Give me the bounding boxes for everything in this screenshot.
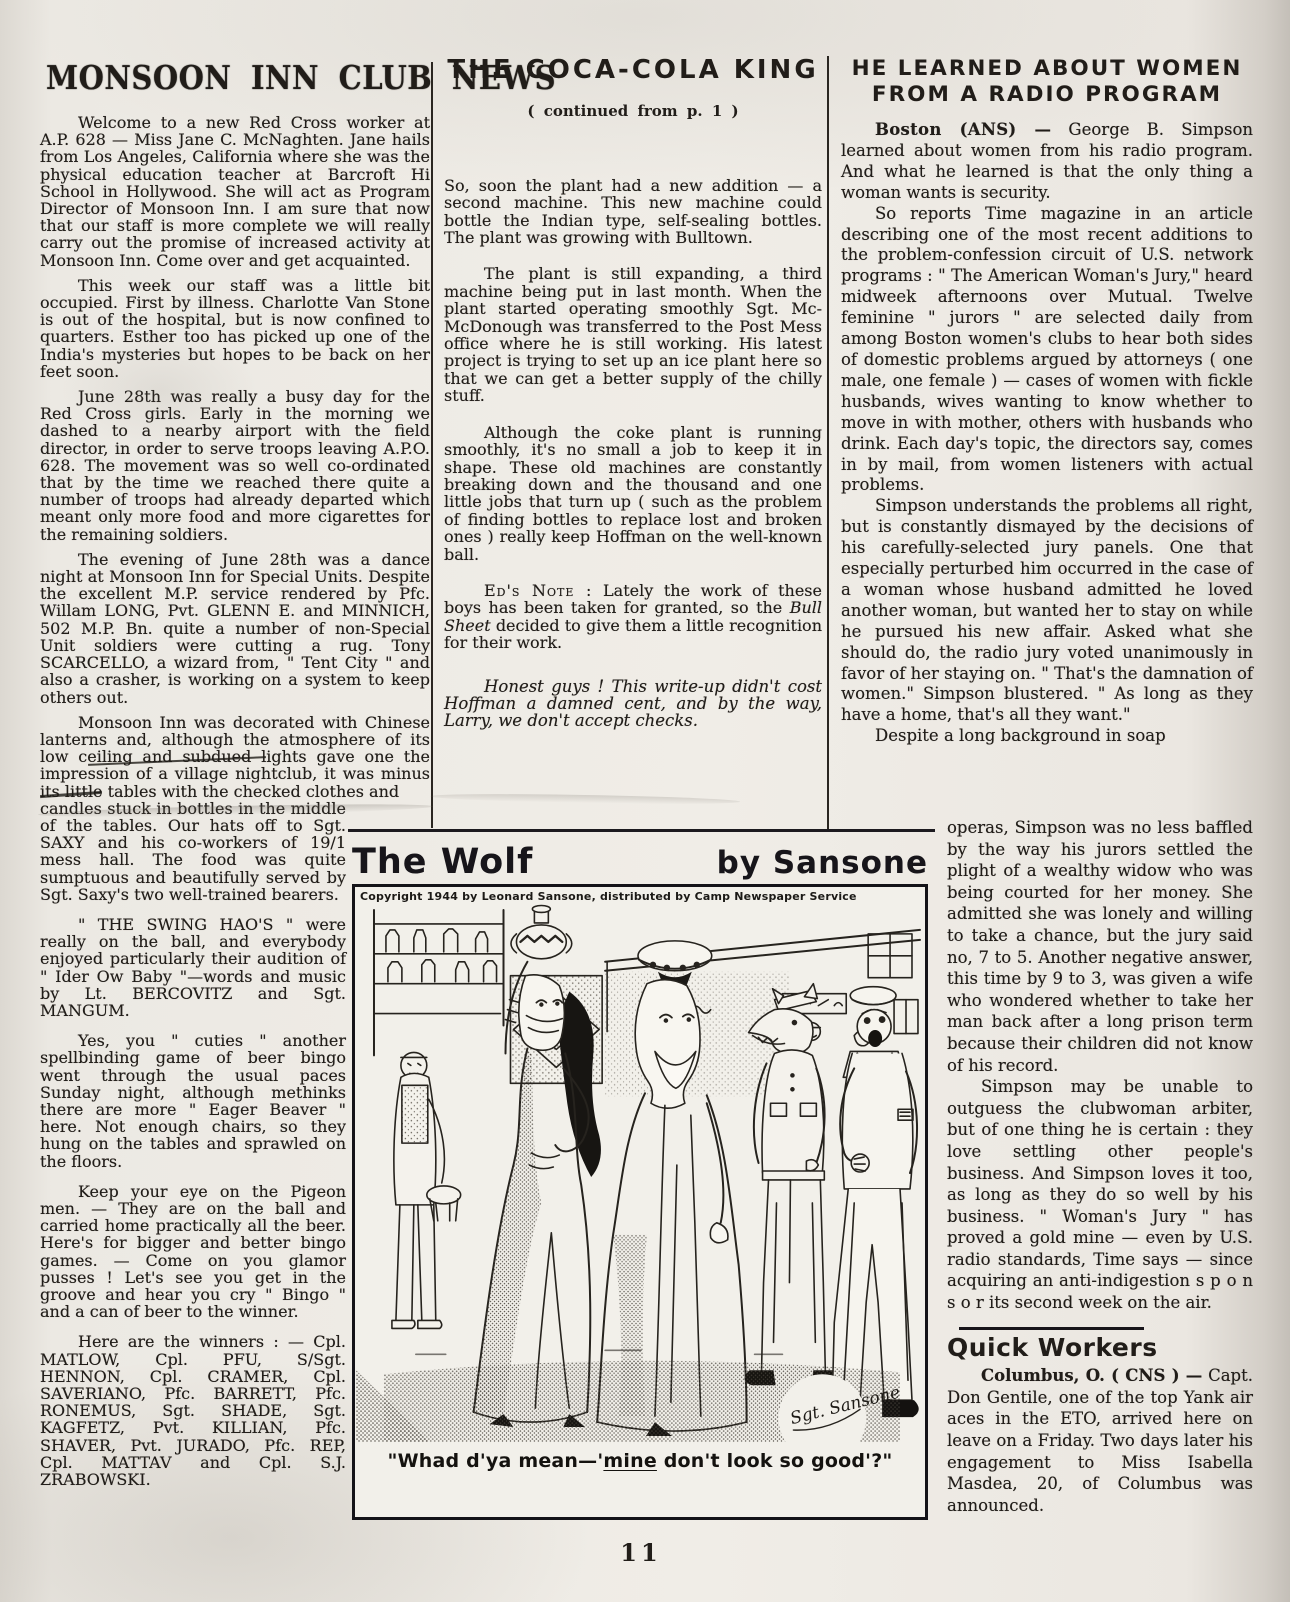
middle-paragraph: The plant is still expanding, a third ma… xyxy=(444,265,822,404)
scan-smudge xyxy=(60,330,260,450)
middle-article-title: THE COCA-COLA KING xyxy=(444,62,822,79)
cartoon-top-rule xyxy=(348,829,935,832)
middle-article: THE COCA-COLA KING ( continued from p. 1… xyxy=(444,62,822,749)
quick-workers-text: Capt. Don Gentile, one of the top Yank a… xyxy=(947,1366,1253,1515)
caption-underlined-word: mine xyxy=(603,1450,657,1472)
caption-text: "Whad d'ya mean—' xyxy=(387,1450,603,1472)
right-paragraph: Simpson may be unable to outguess the cl… xyxy=(947,1076,1253,1314)
cartoon-drawing: Sgt. Sansone xyxy=(355,904,925,1442)
right-paragraph: Simpson understands the problems all rig… xyxy=(841,496,1253,726)
continued-from-note: ( continued from p. 1 ) xyxy=(444,103,822,120)
quick-workers-paragraph: Columbus, O. ( CNS ) — Capt. Don Gentile… xyxy=(947,1365,1253,1516)
quick-workers-title: Quick Workers xyxy=(947,1337,1253,1359)
cartoon-byline: by Sansone xyxy=(717,844,928,882)
cartoon-caption: "Whad d'ya mean—'mine don't look so good… xyxy=(355,1450,925,1472)
sailor-figure xyxy=(827,987,919,1417)
scan-smudge xyxy=(430,792,740,805)
cartoon-panel: Copyright 1944 by Leonard Sansone, distr… xyxy=(352,884,928,1520)
quick-workers-rule xyxy=(959,1327,1144,1330)
right-paragraph: So reports Time magazine in an article d… xyxy=(841,204,1253,497)
left-paragraph: Keep your eye on the Pigeon men. — They … xyxy=(40,1183,346,1321)
left-paragraph: Yes, you " cuties " another spellbinding… xyxy=(40,1032,346,1170)
right-article-narrow: operas, Simpson was no less baffled by t… xyxy=(947,817,1253,1516)
page-number: 11 xyxy=(596,1538,686,1567)
caption-text: don't look so good'?" xyxy=(657,1450,893,1472)
left-column-narrow-section: candles stuck in bottles in the middle o… xyxy=(40,800,346,1489)
right-article: HE LEARNED ABOUT WOMEN FROM A RADIO PROG… xyxy=(841,56,1253,747)
left-article-title: MONSOON INN CLUB NEWS xyxy=(46,56,430,101)
left-paragraph: " THE SWING HAO'S " were really on the b… xyxy=(40,916,346,1019)
cartoon-copyright: Copyright 1944 by Leonard Sansone, distr… xyxy=(355,887,925,904)
cartoon-header: The Wolf by Sansone xyxy=(352,836,928,882)
editors-note-label: Ed's Note : xyxy=(484,581,592,600)
right-paragraph: Boston (ANS) — George B. Simpson learned… xyxy=(841,120,1253,204)
right-article-title: HE LEARNED ABOUT WOMEN FROM A RADIO PROG… xyxy=(841,56,1253,108)
middle-paragraph: So, soon the plant had a new addition — … xyxy=(444,177,822,247)
editors-note: Ed's Note : Lately the work of these boy… xyxy=(444,582,822,652)
left-paragraph-winners: Here are the winners : — Cpl. MATLOW, Cp… xyxy=(40,1333,346,1488)
column-divider-rule xyxy=(827,56,829,832)
right-title-line1: HE LEARNED ABOUT WOMEN xyxy=(841,56,1253,82)
honest-guys-note: Honest guys ! This write-up didn't cost … xyxy=(444,678,822,730)
dateline-boston: Boston (ANS) — xyxy=(875,120,1051,139)
left-paragraph: The evening of June 28th was a dance nig… xyxy=(40,551,430,706)
right-title-line2: FROM A RADIO PROGRAM xyxy=(841,82,1253,108)
dateline-columbus: Columbus, O. ( CNS ) — xyxy=(981,1366,1202,1385)
cartoon-title: The Wolf xyxy=(352,842,533,882)
editors-note-text: decided to give them a little recognitio… xyxy=(444,616,822,652)
local-man-figure xyxy=(392,1052,461,1328)
newspaper-page: MONSOON INN CLUB NEWS Welcome to a new R… xyxy=(0,0,1290,1602)
right-paragraph-first-line: Despite a long background in soap xyxy=(841,726,1253,747)
left-paragraph: Welcome to a new Red Cross worker at A.P… xyxy=(40,114,430,269)
middle-paragraph: Although the coke plant is running smoot… xyxy=(444,424,822,563)
column-divider-rule xyxy=(431,62,433,828)
right-paragraph: operas, Simpson was no less baffled by t… xyxy=(947,817,1253,1076)
